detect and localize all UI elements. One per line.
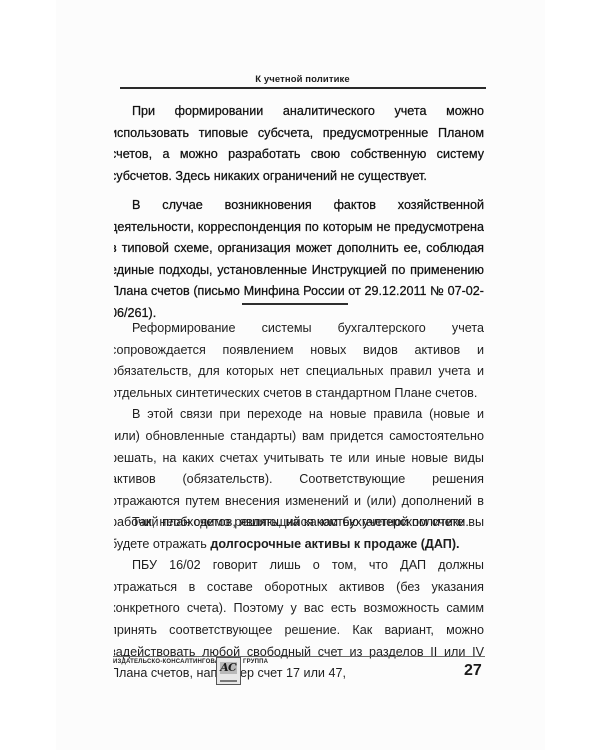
text-block-2: В случае возникновения фактов хозяйствен… <box>114 195 484 325</box>
text-block-3: Реформирование системы бухгалтерского уч… <box>114 318 484 534</box>
paragraph-pbu: ПБУ 16/02 говорит лишь о том, что ДАП до… <box>114 555 484 685</box>
section-separator <box>242 303 348 305</box>
book-page: К учетной политике При формировании анал… <box>0 0 600 750</box>
publisher-logo-icon: АС <box>216 657 241 685</box>
header-rule <box>120 87 486 89</box>
logo-letters: АС <box>220 661 236 674</box>
text-block-1: При формировании аналитического учета мо… <box>114 101 484 187</box>
footer-publisher-right: ГРУППА <box>243 659 268 665</box>
paragraph-reform: Реформирование системы бухгалтерского уч… <box>114 318 484 404</box>
running-header-title: К учетной политике <box>120 74 485 85</box>
paragraph-analytic-accounting: При формировании аналитического учета мо… <box>114 101 484 187</box>
dap-bold-term: долгосрочные активы к продаже (ДАП). <box>210 537 459 551</box>
footer-publisher-left: ИЗДАТЕЛЬСКО-КОНСАЛТИНГОВАЯ <box>113 659 224 665</box>
paragraph-correspondence: В случае возникновения фактов хозяйствен… <box>114 195 484 325</box>
footer-rule <box>113 656 485 657</box>
logo-underline <box>220 680 237 682</box>
page-number: 27 <box>464 662 482 680</box>
paragraph-dap-intro: Так, необходимо решить, на каком бухгалт… <box>114 512 484 555</box>
